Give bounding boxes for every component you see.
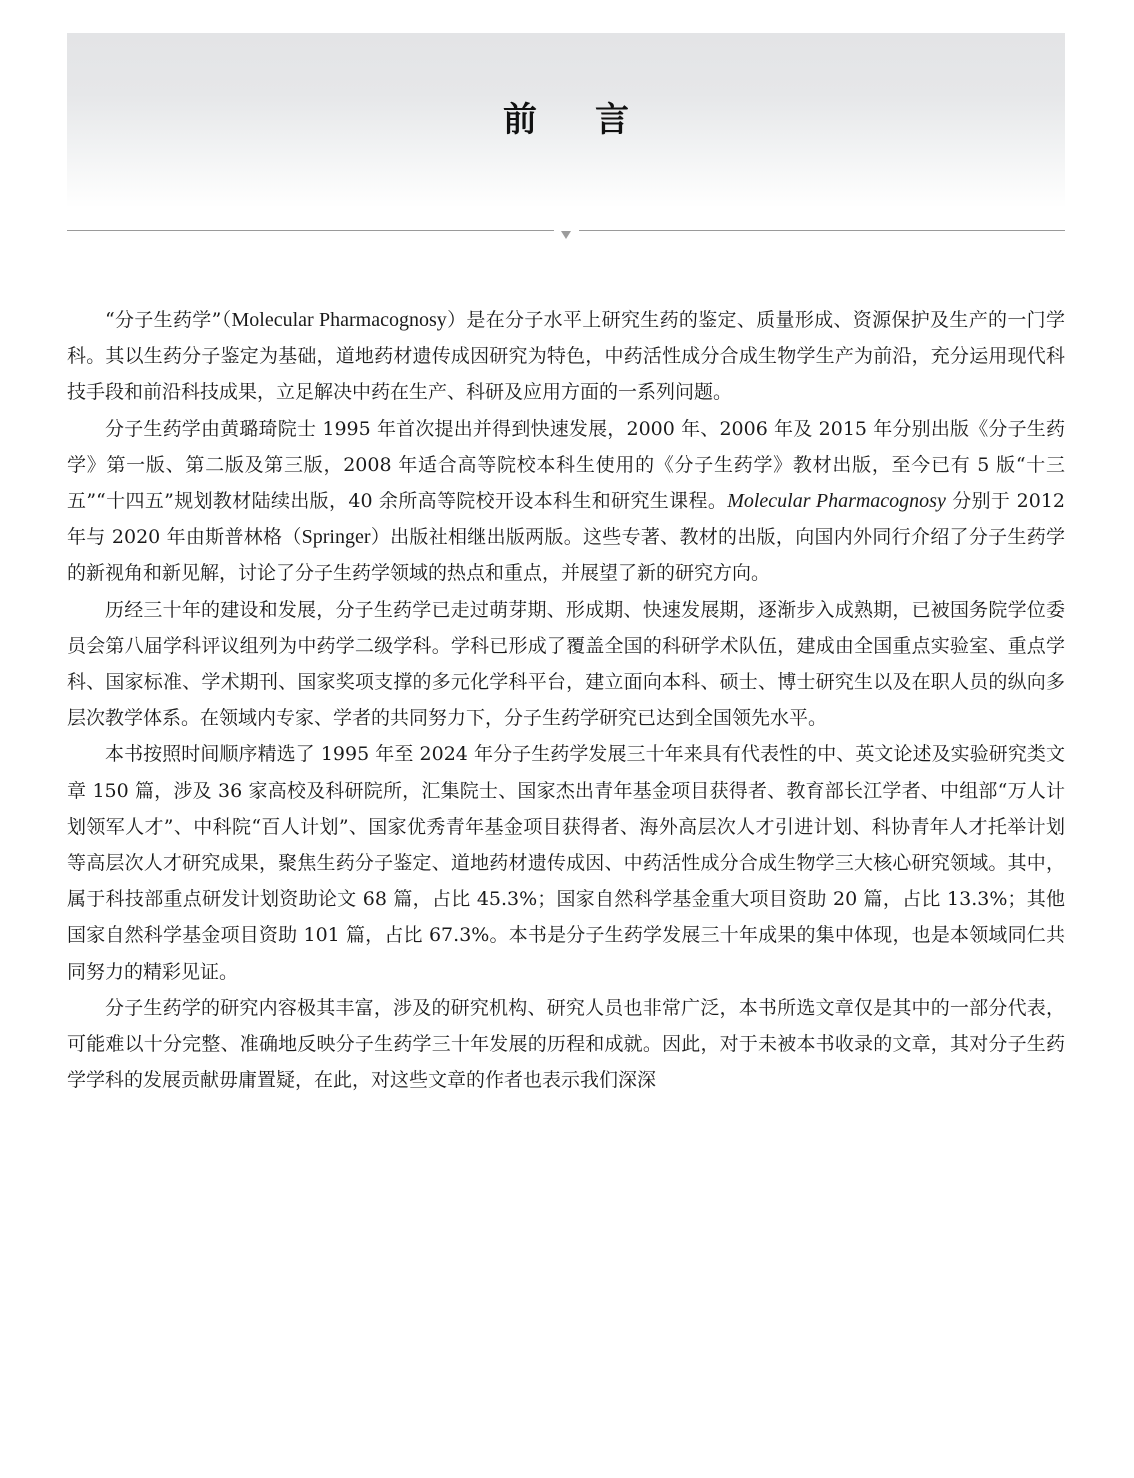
paragraph-4: 本书按照时间顺序精选了 1995 年至 2024 年分子生药学发展三十年来具有代… [67, 736, 1065, 989]
preface-body: “分子生药学”（Molecular Pharmacognosy）是在分子水平上研… [67, 302, 1065, 1098]
text-segment: 本书按照时间顺序精选了 1995 年至 2024 年分子生药学发展三十年来具有代… [67, 743, 1065, 982]
paragraph-5: 分子生药学的研究内容极其丰富，涉及的研究机构、研究人员也非常广泛，本书所选文章仅… [67, 990, 1065, 1099]
triangle-down-icon [561, 231, 571, 239]
text-segment-latin: Springer [302, 526, 371, 548]
paragraph-2: 分子生药学由黄璐琦院士 1995 年首次提出并得到快速发展，2000 年、200… [67, 411, 1065, 592]
title-banner: 前言 [67, 33, 1065, 208]
text-segment-latin: Molecular Pharmacognosy [231, 309, 446, 331]
text-segment-italic: Molecular Pharmacognosy [727, 490, 946, 512]
text-segment: 历经三十年的建设和发展，分子生药学已走过萌芽期、形成期、快速发展期，逐渐步入成熟… [67, 599, 1065, 730]
divider-line-right [579, 230, 1065, 231]
paragraph-3: 历经三十年的建设和发展，分子生药学已走过萌芽期、形成期、快速发展期，逐渐步入成熟… [67, 592, 1065, 737]
divider-line-left [67, 230, 554, 231]
page-title: 前言 [67, 103, 1065, 137]
text-segment: “分子生药学”（ [105, 309, 231, 331]
paragraph-1: “分子生药学”（Molecular Pharmacognosy）是在分子水平上研… [67, 302, 1065, 411]
title-divider [67, 230, 1065, 242]
text-segment: 分子生药学的研究内容极其丰富，涉及的研究机构、研究人员也非常广泛，本书所选文章仅… [67, 997, 1065, 1091]
